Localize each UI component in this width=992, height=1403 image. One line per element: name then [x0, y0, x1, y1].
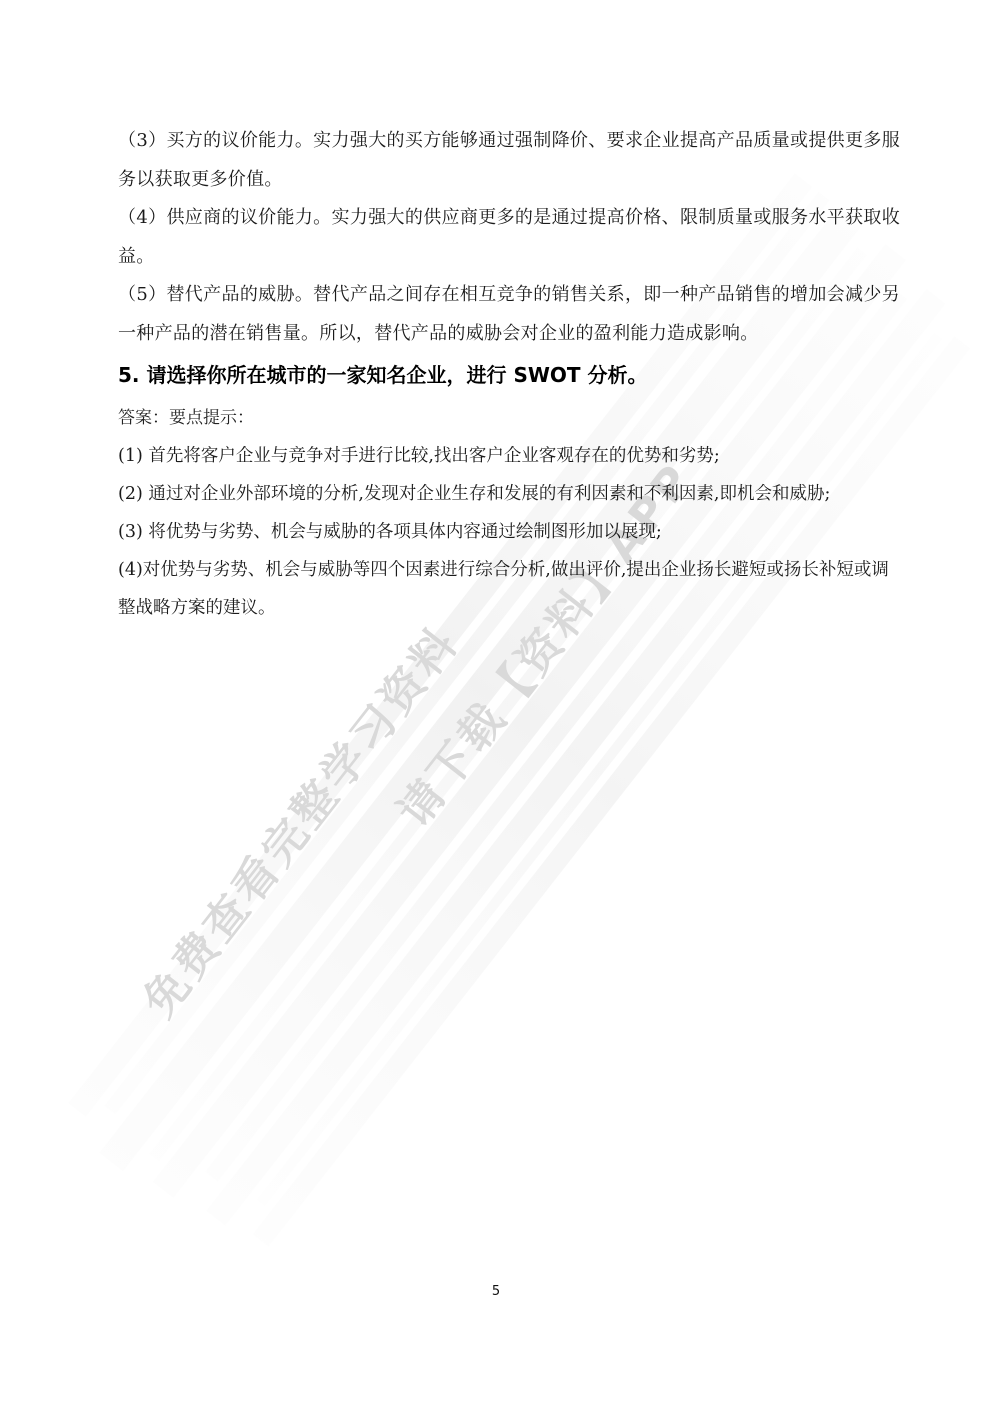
- document-page: 免费查看完整学习资料 请下载【资料】APP （3）买方的议价能力。实力强大的买方…: [0, 0, 992, 1403]
- answer-point: (1) 首先将客户企业与竞争对手进行比较,找出客户企业客观存在的优势和劣势;: [118, 437, 900, 475]
- page-number: 5: [0, 1284, 992, 1299]
- answer-point: (2) 通过对企业外部环境的分析,发现对企业生存和发展的有利因素和不利因素,即机…: [118, 475, 900, 513]
- answer-point: (3) 将优势与劣势、机会与威胁的各项具体内容通过绘制图形加以展现;: [118, 513, 900, 551]
- question-heading: 5. 请选择你所在城市的一家知名企业，进行 SWOT 分析。: [118, 357, 900, 393]
- watermark-text-line1: 免费查看完整学习资料: [133, 617, 469, 1027]
- document-body: （3）买方的议价能力。实力强大的买方能够通过强制降价、要求企业提高产品质量或提供…: [118, 122, 900, 627]
- paragraph-supplier-bargaining: （4）供应商的议价能力。实力强大的供应商更多的是通过提高价格、限制质量或服务水平…: [118, 199, 900, 276]
- answer-point: (4)对优势与劣势、机会与威胁等四个因素进行综合分析,做出评价,提出企业扬长避短…: [118, 551, 900, 627]
- paragraph-buyer-bargaining: （3）买方的议价能力。实力强大的买方能够通过强制降价、要求企业提高产品质量或提供…: [118, 122, 900, 199]
- answer-points-list: (1) 首先将客户企业与竞争对手进行比较,找出客户企业客观存在的优势和劣势; (…: [118, 437, 900, 627]
- paragraph-substitute-threat: （5）替代产品的威胁。替代产品之间存在相互竞争的销售关系，即一种产品销售的增加会…: [118, 276, 900, 353]
- answer-label: 答案：要点提示：: [118, 399, 900, 437]
